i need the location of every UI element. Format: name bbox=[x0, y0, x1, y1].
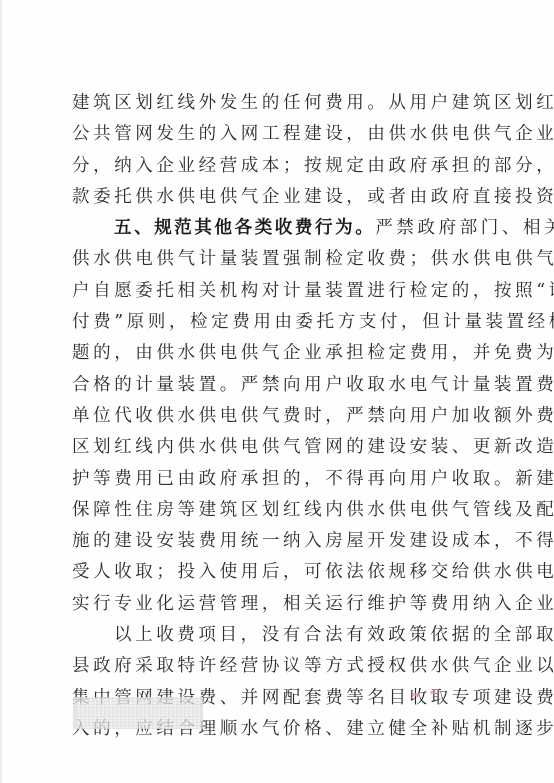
paragraph-line: 施的建设安装费用统一纳入房屋开发建设成本，不得另外向买 bbox=[72, 526, 480, 557]
section-five-text: 严禁政府部门、相关机构对 bbox=[375, 218, 554, 238]
document-page: 建筑区划红线外发生的任何费用。从用户建筑区划红线连接至 公共管网发生的入网工程建… bbox=[0, 0, 554, 783]
paragraph-line: 受人收取；投入使用后，可依法依规移交给供水供电供气企业 bbox=[72, 557, 480, 588]
paragraph-line: 款委托供水供电供气企业建设，或者由政府直接投资建设。 bbox=[72, 182, 480, 213]
paragraph-line: 区划红线内供水供电供气管网的建设安装、更新改造、维修维 bbox=[72, 432, 480, 463]
paragraph-line: 题的，由供水供电供气企业承担检定费用，并免费为用户更换 bbox=[72, 338, 480, 369]
paragraph-line: 县政府采取特许经营协议等方式授权供水供气企业以入网费、 bbox=[72, 651, 480, 682]
paragraph-line: 保障性住房等建筑区划红线内供水供电供气管线及配套设备设 bbox=[72, 495, 480, 526]
scan-edge bbox=[0, 0, 3, 783]
paragraph-line: 护等费用已由政府承担的，不得再向用户收取。新建商品房、 bbox=[72, 464, 480, 495]
stamp-residue bbox=[412, 693, 420, 696]
document-body: 建筑区划红线外发生的任何费用。从用户建筑区划红线连接至 公共管网发生的入网工程建… bbox=[72, 88, 480, 745]
stamp-residue bbox=[430, 691, 436, 694]
paragraph-line: 实行专业化运营管理，相关运行维护等费用纳入企业经营成本。 bbox=[72, 589, 480, 620]
paragraph-line: 供水供电供气计量装置强制检定收费；供水供电供气企业或用 bbox=[72, 244, 480, 275]
closing-first-line: 以上收费项目，没有合法有效政策依据的全部取消。各市、 bbox=[72, 620, 480, 651]
paragraph-line: 户自愿委托相关机构对计量装置进行检定的，按照“谁委托、谁 bbox=[72, 276, 480, 307]
paragraph-line: 单位代收供水供电供气费时，严禁向用户加收额外费用。建筑 bbox=[72, 401, 480, 432]
redacted-block bbox=[73, 697, 203, 729]
section-five-heading: 五、规范其他各类收费行为。 bbox=[114, 218, 375, 238]
paragraph-line: 分，纳入企业经营成本；按规定由政府承担的部分，应及时拨 bbox=[72, 151, 480, 182]
section-five-first-line: 五、规范其他各类收费行为。严禁政府部门、相关机构对 bbox=[72, 213, 480, 244]
paragraph-line: 付费”原则，检定费用由委托方支付，但计量装置经检定确有问 bbox=[72, 307, 480, 338]
paragraph-line: 合格的计量装置。严禁向用户收取水电气计量装置费用。任何 bbox=[72, 370, 480, 401]
paragraph-line: 建筑区划红线外发生的任何费用。从用户建筑区划红线连接至 bbox=[72, 88, 480, 119]
paragraph-line: 公共管网发生的入网工程建设，由供水供电供气企业承担的部 bbox=[72, 119, 480, 150]
